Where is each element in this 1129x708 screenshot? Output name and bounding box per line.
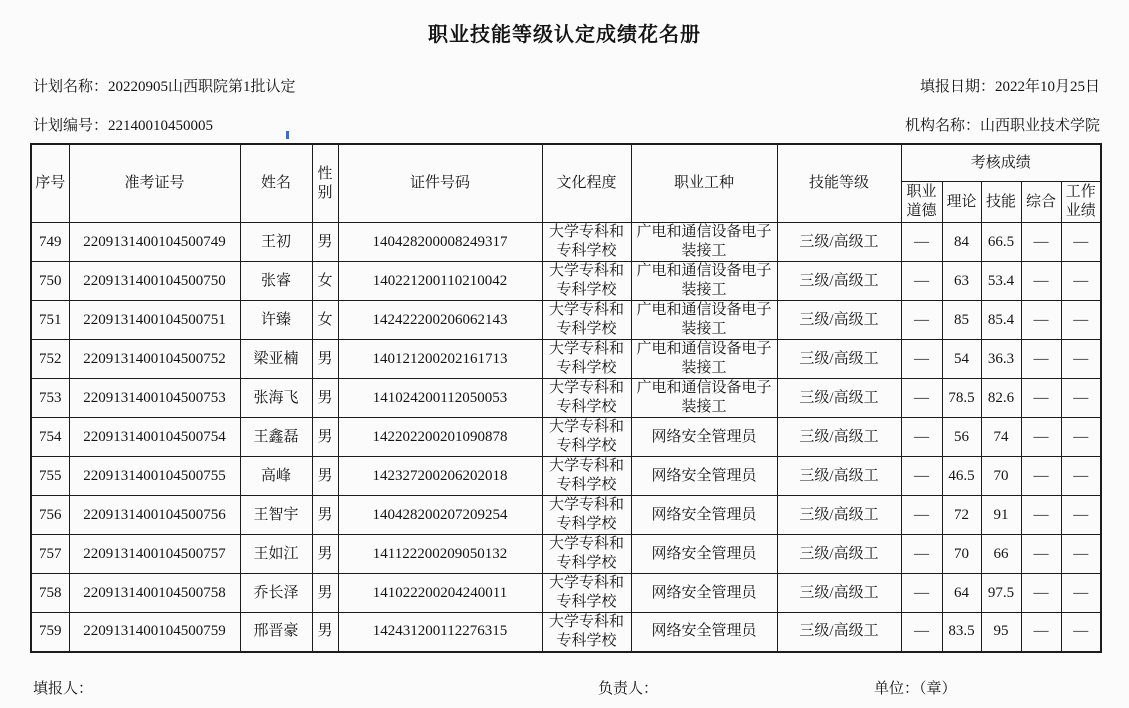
cell-gender: 男 bbox=[312, 340, 338, 379]
cell-ticket-no: 2209131400104500751 bbox=[69, 301, 240, 340]
cell-score-comprehensive: — bbox=[1021, 496, 1061, 535]
cell-name: 高峰 bbox=[240, 457, 312, 496]
table-row: 7592209131400104500759邢晋豪男14243120011227… bbox=[31, 613, 1101, 652]
footer-manager-label: 负责人： bbox=[598, 677, 658, 698]
cell-score-ethics: — bbox=[901, 574, 942, 613]
footer-unit-label: 单位：（章） bbox=[874, 677, 957, 698]
cell-level: 三级/高级工 bbox=[777, 262, 901, 301]
cell-score-comprehensive: — bbox=[1021, 574, 1061, 613]
cell-score-theory: 78.5 bbox=[942, 379, 981, 418]
table-row: 7522209131400104500752梁亚楠男14012120020216… bbox=[31, 340, 1101, 379]
report-date-label: 填报日期： bbox=[920, 79, 995, 95]
cell-id-no: 140428200207209254 bbox=[338, 496, 542, 535]
cell-name: 乔长泽 bbox=[240, 574, 312, 613]
cell-level: 三级/高级工 bbox=[777, 613, 901, 652]
cell-gender: 女 bbox=[312, 301, 338, 340]
cell-id-no: 140221200110210042 bbox=[338, 262, 542, 301]
cell-education: 大学专科和专科学校 bbox=[542, 418, 631, 457]
cell-score-ethics: — bbox=[901, 496, 942, 535]
cell-occupation: 广电和通信设备电子装接工 bbox=[631, 379, 777, 418]
plan-name-value: 20220905山西职院第1批认定 bbox=[108, 79, 296, 95]
cell-occupation: 网络安全管理员 bbox=[631, 613, 777, 652]
cell-score-skill: 66 bbox=[981, 535, 1021, 574]
cell-occupation: 广电和通信设备电子装接工 bbox=[631, 223, 777, 262]
header-score-comprehensive: 综合 bbox=[1021, 182, 1061, 223]
cell-score-comprehensive: — bbox=[1021, 223, 1061, 262]
cell-name: 王智宇 bbox=[240, 496, 312, 535]
roster-body: 7492209131400104500749王初男140428200008249… bbox=[31, 223, 1101, 652]
cell-score-ethics: — bbox=[901, 301, 942, 340]
meta-row-2: 计划编号：22140010450005 机构名称：山西职业技术学院 bbox=[33, 114, 1100, 135]
cell-score-theory: 85 bbox=[942, 301, 981, 340]
cell-score-comprehensive: — bbox=[1021, 340, 1061, 379]
cell-score-work: — bbox=[1061, 496, 1101, 535]
cell-score-theory: 70 bbox=[942, 535, 981, 574]
cell-score-work: — bbox=[1061, 457, 1101, 496]
cursor-artifact bbox=[286, 131, 289, 139]
plan-code: 计划编号：22140010450005 bbox=[33, 114, 213, 135]
cell-level: 三级/高级工 bbox=[777, 379, 901, 418]
cell-name: 张海飞 bbox=[240, 379, 312, 418]
cell-score-ethics: — bbox=[901, 613, 942, 652]
cell-id-no: 141022200204240011 bbox=[338, 574, 542, 613]
cell-seq: 754 bbox=[31, 418, 69, 457]
cell-occupation: 广电和通信设备电子装接工 bbox=[631, 301, 777, 340]
cell-score-skill: 82.6 bbox=[981, 379, 1021, 418]
org-name-value: 山西职业技术学院 bbox=[980, 118, 1100, 134]
cell-score-ethics: — bbox=[901, 418, 942, 457]
cell-name: 张睿 bbox=[240, 262, 312, 301]
cell-score-work: — bbox=[1061, 574, 1101, 613]
cell-score-comprehensive: — bbox=[1021, 613, 1061, 652]
cell-score-ethics: — bbox=[901, 340, 942, 379]
cell-ticket-no: 2209131400104500752 bbox=[69, 340, 240, 379]
cell-score-comprehensive: — bbox=[1021, 379, 1061, 418]
cell-score-comprehensive: — bbox=[1021, 262, 1061, 301]
cell-score-skill: 70 bbox=[981, 457, 1021, 496]
table-row: 7552209131400104500755高峰男142327200206202… bbox=[31, 457, 1101, 496]
cell-level: 三级/高级工 bbox=[777, 535, 901, 574]
cell-gender: 男 bbox=[312, 457, 338, 496]
cell-education: 大学专科和专科学校 bbox=[542, 223, 631, 262]
header-seq: 序号 bbox=[31, 144, 69, 223]
cell-gender: 男 bbox=[312, 223, 338, 262]
cell-occupation: 网络安全管理员 bbox=[631, 496, 777, 535]
cell-seq: 756 bbox=[31, 496, 69, 535]
cell-name: 许臻 bbox=[240, 301, 312, 340]
cell-id-no: 141024200112050053 bbox=[338, 379, 542, 418]
cell-id-no: 142202200201090878 bbox=[338, 418, 542, 457]
cell-score-work: — bbox=[1061, 301, 1101, 340]
cell-level: 三级/高级工 bbox=[777, 496, 901, 535]
cell-seq: 749 bbox=[31, 223, 69, 262]
cell-occupation: 网络安全管理员 bbox=[631, 574, 777, 613]
header-ticket-no: 准考证号 bbox=[69, 144, 240, 223]
cell-ticket-no: 2209131400104500755 bbox=[69, 457, 240, 496]
header-education: 文化程度 bbox=[542, 144, 631, 223]
cell-education: 大学专科和专科学校 bbox=[542, 496, 631, 535]
cell-gender: 男 bbox=[312, 613, 338, 652]
cell-score-skill: 95 bbox=[981, 613, 1021, 652]
cell-seq: 750 bbox=[31, 262, 69, 301]
cell-score-theory: 46.5 bbox=[942, 457, 981, 496]
cell-score-skill: 97.5 bbox=[981, 574, 1021, 613]
header-score-theory: 理论 bbox=[942, 182, 981, 223]
cell-education: 大学专科和专科学校 bbox=[542, 613, 631, 652]
cell-gender: 女 bbox=[312, 262, 338, 301]
cell-gender: 男 bbox=[312, 379, 338, 418]
cell-seq: 752 bbox=[31, 340, 69, 379]
cell-education: 大学专科和专科学校 bbox=[542, 340, 631, 379]
table-row: 7562209131400104500756王智宇男14042820020720… bbox=[31, 496, 1101, 535]
cell-id-no: 140121200202161713 bbox=[338, 340, 542, 379]
cell-score-work: — bbox=[1061, 379, 1101, 418]
meta-row-1: 计划名称：20220905山西职院第1批认定 填报日期：2022年10月25日 bbox=[33, 75, 1100, 96]
header-row-top: 序号 准考证号 姓名 性别 证件号码 文化程度 职业工种 技能等级 考核成绩 bbox=[31, 144, 1101, 182]
cell-seq: 755 bbox=[31, 457, 69, 496]
cell-score-theory: 72 bbox=[942, 496, 981, 535]
header-score-work: 工作业绩 bbox=[1061, 182, 1101, 223]
cell-education: 大学专科和专科学校 bbox=[542, 457, 631, 496]
cell-score-ethics: — bbox=[901, 379, 942, 418]
cell-education: 大学专科和专科学校 bbox=[542, 379, 631, 418]
cell-score-theory: 56 bbox=[942, 418, 981, 457]
plan-code-label: 计划编号： bbox=[33, 118, 108, 134]
header-score-ethics: 职业道德 bbox=[901, 182, 942, 223]
cell-level: 三级/高级工 bbox=[777, 223, 901, 262]
cell-seq: 758 bbox=[31, 574, 69, 613]
header-score-skill: 技能 bbox=[981, 182, 1021, 223]
cell-id-no: 142431200112276315 bbox=[338, 613, 542, 652]
roster-table: 序号 准考证号 姓名 性别 证件号码 文化程度 职业工种 技能等级 考核成绩 职… bbox=[30, 143, 1102, 653]
org-name: 机构名称：山西职业技术学院 bbox=[905, 114, 1100, 135]
cell-score-skill: 36.3 bbox=[981, 340, 1021, 379]
cell-score-ethics: — bbox=[901, 262, 942, 301]
org-name-label: 机构名称： bbox=[905, 118, 980, 134]
cell-education: 大学专科和专科学校 bbox=[542, 262, 631, 301]
cell-ticket-no: 2209131400104500756 bbox=[69, 496, 240, 535]
plan-code-value: 22140010450005 bbox=[108, 118, 213, 134]
cell-level: 三级/高级工 bbox=[777, 301, 901, 340]
cell-score-theory: 64 bbox=[942, 574, 981, 613]
cell-score-theory: 63 bbox=[942, 262, 981, 301]
cell-score-work: — bbox=[1061, 262, 1101, 301]
cell-score-work: — bbox=[1061, 535, 1101, 574]
cell-level: 三级/高级工 bbox=[777, 457, 901, 496]
cell-score-comprehensive: — bbox=[1021, 457, 1061, 496]
cell-occupation: 网络安全管理员 bbox=[631, 535, 777, 574]
roster-head: 序号 准考证号 姓名 性别 证件号码 文化程度 职业工种 技能等级 考核成绩 职… bbox=[31, 144, 1101, 223]
cell-gender: 男 bbox=[312, 418, 338, 457]
cell-seq: 757 bbox=[31, 535, 69, 574]
header-gender: 性别 bbox=[312, 144, 338, 223]
plan-name: 计划名称：20220905山西职院第1批认定 bbox=[33, 75, 296, 96]
cell-score-theory: 84 bbox=[942, 223, 981, 262]
cell-score-work: — bbox=[1061, 613, 1101, 652]
cell-score-skill: 53.4 bbox=[981, 262, 1021, 301]
header-name: 姓名 bbox=[240, 144, 312, 223]
cell-score-skill: 66.5 bbox=[981, 223, 1021, 262]
cell-education: 大学专科和专科学校 bbox=[542, 301, 631, 340]
cell-occupation: 网络安全管理员 bbox=[631, 418, 777, 457]
header-score-group: 考核成绩 bbox=[901, 144, 1101, 182]
table-row: 7582209131400104500758乔长泽男14102220020424… bbox=[31, 574, 1101, 613]
cell-score-skill: 74 bbox=[981, 418, 1021, 457]
cell-ticket-no: 2209131400104500753 bbox=[69, 379, 240, 418]
cell-seq: 753 bbox=[31, 379, 69, 418]
table-row: 7572209131400104500757王如江男14112220020905… bbox=[31, 535, 1101, 574]
table-row: 7512209131400104500751许臻女142422200206062… bbox=[31, 301, 1101, 340]
cell-score-work: — bbox=[1061, 418, 1101, 457]
cell-occupation: 网络安全管理员 bbox=[631, 457, 777, 496]
cell-level: 三级/高级工 bbox=[777, 574, 901, 613]
header-id-no: 证件号码 bbox=[338, 144, 542, 223]
cell-education: 大学专科和专科学校 bbox=[542, 574, 631, 613]
cell-seq: 759 bbox=[31, 613, 69, 652]
table-row: 7502209131400104500750张睿女140221200110210… bbox=[31, 262, 1101, 301]
cell-score-comprehensive: — bbox=[1021, 418, 1061, 457]
cell-score-ethics: — bbox=[901, 535, 942, 574]
plan-name-label: 计划名称： bbox=[33, 79, 108, 95]
document-page: 职业技能等级认定成绩花名册 计划名称：20220905山西职院第1批认定 填报日… bbox=[0, 0, 1129, 708]
cell-score-ethics: — bbox=[901, 457, 942, 496]
cell-score-ethics: — bbox=[901, 223, 942, 262]
cell-score-skill: 91 bbox=[981, 496, 1021, 535]
table-row: 7492209131400104500749王初男140428200008249… bbox=[31, 223, 1101, 262]
cell-gender: 男 bbox=[312, 574, 338, 613]
cell-score-theory: 54 bbox=[942, 340, 981, 379]
cell-ticket-no: 2209131400104500758 bbox=[69, 574, 240, 613]
cell-education: 大学专科和专科学校 bbox=[542, 535, 631, 574]
cell-ticket-no: 2209131400104500757 bbox=[69, 535, 240, 574]
header-level: 技能等级 bbox=[777, 144, 901, 223]
cell-ticket-no: 2209131400104500749 bbox=[69, 223, 240, 262]
cell-score-comprehensive: — bbox=[1021, 301, 1061, 340]
cell-name: 邢晋豪 bbox=[240, 613, 312, 652]
report-date: 填报日期：2022年10月25日 bbox=[920, 75, 1100, 96]
cell-name: 王如江 bbox=[240, 535, 312, 574]
cell-score-theory: 83.5 bbox=[942, 613, 981, 652]
header-occupation: 职业工种 bbox=[631, 144, 777, 223]
cell-id-no: 142422200206062143 bbox=[338, 301, 542, 340]
cell-score-comprehensive: — bbox=[1021, 535, 1061, 574]
cell-gender: 男 bbox=[312, 535, 338, 574]
cell-occupation: 广电和通信设备电子装接工 bbox=[631, 340, 777, 379]
table-row: 7532209131400104500753张海飞男14102420011205… bbox=[31, 379, 1101, 418]
cell-id-no: 142327200206202018 bbox=[338, 457, 542, 496]
cell-name: 王初 bbox=[240, 223, 312, 262]
cell-name: 王鑫磊 bbox=[240, 418, 312, 457]
roster-table-wrap: 序号 准考证号 姓名 性别 证件号码 文化程度 职业工种 技能等级 考核成绩 职… bbox=[30, 143, 1102, 653]
cell-id-no: 141122200209050132 bbox=[338, 535, 542, 574]
cell-score-work: — bbox=[1061, 223, 1101, 262]
cell-ticket-no: 2209131400104500754 bbox=[69, 418, 240, 457]
cell-level: 三级/高级工 bbox=[777, 418, 901, 457]
cell-occupation: 广电和通信设备电子装接工 bbox=[631, 262, 777, 301]
report-date-value: 2022年10月25日 bbox=[995, 79, 1100, 95]
cell-score-work: — bbox=[1061, 340, 1101, 379]
footer-filler-label: 填报人： bbox=[33, 677, 93, 698]
cell-gender: 男 bbox=[312, 496, 338, 535]
cell-ticket-no: 2209131400104500759 bbox=[69, 613, 240, 652]
cell-level: 三级/高级工 bbox=[777, 340, 901, 379]
cell-ticket-no: 2209131400104500750 bbox=[69, 262, 240, 301]
cell-name: 梁亚楠 bbox=[240, 340, 312, 379]
page-title: 职业技能等级认定成绩花名册 bbox=[0, 18, 1129, 47]
cell-seq: 751 bbox=[31, 301, 69, 340]
cell-id-no: 140428200008249317 bbox=[338, 223, 542, 262]
table-row: 7542209131400104500754王鑫磊男14220220020109… bbox=[31, 418, 1101, 457]
cell-score-skill: 85.4 bbox=[981, 301, 1021, 340]
